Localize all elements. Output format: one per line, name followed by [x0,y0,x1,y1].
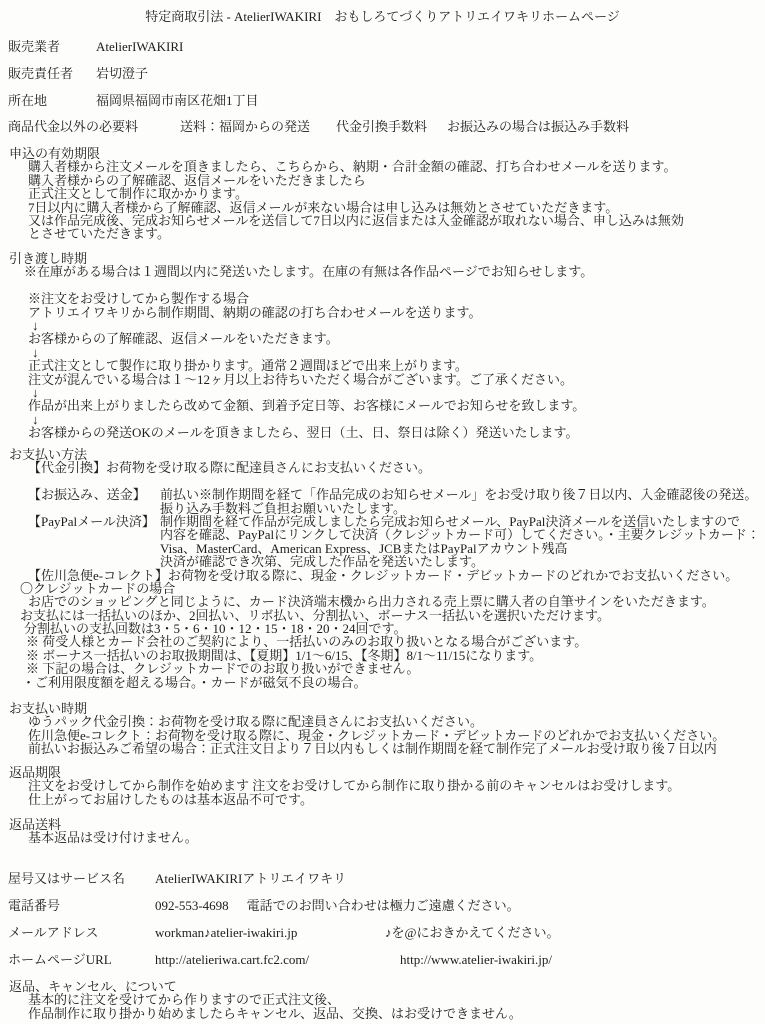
homepage-url: http://atelieriwa.cart.fc2.com/ [155,953,400,967]
paypal-label: 【PayPalメール決済】 [28,515,160,528]
bank-transfer-label: 【お振込み、送金】 [28,488,160,501]
homepage-url-secondary: http://www.atelier-iwakiri.jp/ [400,953,552,967]
contact-row: メールアドレス workman♪atelier-iwakiri.jp ♪を@にお… [0,926,765,940]
address-label: 所在地 [0,94,96,108]
text-line: 作品が出来上がりましたら改めて金額、到着予定日等、お客様にメールでお知らせを致し… [0,399,765,412]
section-return-shipping: 返品送料 基本返品は受け付けません。 [0,818,765,845]
section-cancel-policy: 返品、キャンセル、について 基本的に注文を受けてから作りますので正式注文後、 作… [0,980,765,1020]
email-note: ♪を@におきかえてください。 [385,926,559,940]
text-line: ※ 荷受人様とカード会社のご契約により、一括払いのみのお取り扱いとなる場合がござ… [0,635,765,648]
payment-bank-transfer-row: 【お振込み、送金】 前払い※制作期間を経て「作品完成のお知らせメール」をお受け取… [0,488,765,515]
contact-row: 屋号又はサービス名 AtelierIWAKIRIアトリエイワキリ [0,872,765,886]
text-line: 又は作品完成後、完成お知らせメールを送信して7日以内に返信または入金確認が取れな… [0,214,765,227]
manager-label: 販売責任者 [0,67,96,81]
tokushoho-page: 特定商取引法 - AtelierIWAKIRI おもしろてづくりアトリエイワキリ… [0,0,765,1024]
extra-fees-label: 商品代金以外の必要料 [0,120,138,134]
text-line: 振り込み手数料ご負担お願いいたします。 [160,502,757,515]
seller-row: 販売責任者 岩切澄子 [0,67,765,81]
text-line: 前払いお振込みご希望の場合：正式注文日より７日以内もしくは制作期間を経て制作完了… [0,742,765,755]
text-line: ・ご利用限度額を超える場合。・カードが磁気不良の場合。 [0,676,765,689]
text-line: 仕上がってお届けしたものは基本返品不可です。 [0,793,765,806]
section-heading: お支払い方法 [0,448,765,461]
text-line: Visa、MasterCard、American Express、JCBまたはP… [160,542,760,555]
text-line: 正式注文として制作に取かかります。 [0,187,765,200]
phone-number: 092-553-4698 [155,899,229,913]
down-arrow-icon: ↓ [0,319,765,332]
text-line: 基本的に注文を受けてから作りますので正式注文後、 [0,993,765,1006]
extra-fees-row: 商品代金以外の必要料 送料：福岡からの発送 代金引換手数料 お振込みの場合は振込… [0,120,765,134]
blank-line [0,279,765,292]
text-line: 正式注文として製作に取り掛かります。通常２週間ほどで出来上がります。 [0,359,765,372]
bank-transfer-detail: 前払い※制作期間を経て「作品完成のお知らせメール」をお受け取り後７日以内、入金確… [160,488,757,515]
section-heading: 返品送料 [0,818,765,831]
seller-label: 販売業者 [0,40,96,54]
seller-row: 販売業者 AtelierIWAKIRI [0,40,765,54]
paypal-detail: 制作期間を経て作品が完成しましたら完成お知らせメール、PayPal決済メールを送… [160,515,760,569]
text-line: 注文をお受けしてから制作を始めます 注文をお受けしてから制作に取り掛かる前のキャ… [0,779,765,792]
section-application-validity: 申込の有効期限 購入者様から注文メールを頂きましたら、こちらから、納期・合計金額… [0,147,765,241]
text-line: ゆうパック代金引換：お荷物を受け取る際に配達員さんにお支払いください。 [0,715,765,728]
text-line: ※ 下記の場合は、クレジットカードでのお取り扱いができません。 [0,662,765,675]
text-line: 注文が混んでいる場合は１～12ヶ月以上お待ちいただく場合がございます。ご了承くだ… [0,373,765,386]
text-line: 内容を確認、PayPalにリンクして決済（クレジットカード可）してください。・主… [160,528,760,541]
address-value: 福岡県福岡市南区花畑1丁目 [96,94,259,108]
text-line: 決済が確認でき次第、完成した作品を発送いたします。 [160,555,760,568]
section-heading: 引き渡し時期 [0,252,765,265]
down-arrow-icon: ↓ [0,386,765,399]
text-line: とさせていただきます。 [0,227,765,240]
email-address: workman♪atelier-iwakiri.jp [155,926,385,940]
section-delivery-time: 引き渡し時期 ※在庫がある場合は１週間以内に発送いたします。在庫の有無は各作品ペ… [0,252,765,439]
text-line: アトリエイワキリから制作期間、納期の確認の打ち合わせメールを送ります。 [0,306,765,319]
text-line: ※ ボーナス一括払いのお取扱期間は、【夏期】1/1～6/15、【冬期】8/1～1… [0,649,765,662]
text-line: 作品制作に取り掛かり始めましたらキャンセル、返品、交換、はお受けできません。 [0,1007,765,1020]
section-heading: 返品期限 [0,766,765,779]
blank-line [0,475,765,488]
service-name-value: AtelierIWAKIRIアトリエイワキリ [155,872,346,886]
down-arrow-icon: ↓ [0,346,765,359]
text-line: お支払には一括払いのほか、2回払い、リボ払い、分割払い、ボーナス一括払いを選択い… [0,609,765,622]
fee-item-transfer: お振込みの場合は振込み手数料 [447,120,629,134]
text-line: 前払い※制作期間を経て「作品完成のお知らせメール」をお受け取り後７日以内、入金確… [160,488,757,501]
phone-label: 電話番号 [0,899,155,913]
payment-paypal-row: 【PayPalメール決済】 制作期間を経て作品が完成しましたら完成お知らせメール… [0,515,765,569]
page-title: 特定商取引法 - AtelierIWAKIRI おもしろてづくりアトリエイワキリ… [0,6,765,25]
seller-value: AtelierIWAKIRI [96,40,183,54]
text-line: 購入者様からの了解確認、返信メールをいただきましたら [0,174,765,187]
email-label: メールアドレス [0,926,155,940]
text-line: お客様からの了解確認、返信メールをいただきます。 [0,332,765,345]
text-line: 制作期間を経て作品が完成しましたら完成お知らせメール、PayPal決済メールを送… [160,515,760,528]
seller-info: 販売業者 AtelierIWAKIRI 販売責任者 岩切澄子 所在地 福岡県福岡… [0,40,765,121]
section-return-period: 返品期限 注文をお受けしてから制作を始めます 注文をお受けしてから制作に取り掛か… [0,766,765,806]
text-line: 佐川急便e-コレクト：お荷物を受け取る際に、現金・クレジットカード・デビットカー… [0,729,765,742]
text-line: 購入者様から注文メールを頂きましたら、こちらから、納期・合計金額の確認、打ち合わ… [0,160,765,173]
section-payment-method: お支払い方法 【代金引換】お荷物を受け取る際に配達員さんにお支払いください。 【… [0,448,765,689]
text-line: 基本返品は受け付けません。 [0,831,765,844]
contact-row: ホームページURL http://atelieriwa.cart.fc2.com… [0,953,765,967]
down-arrow-icon: ↓ [0,413,765,426]
section-heading: 申込の有効期限 [0,147,765,160]
service-name-label: 屋号又はサービス名 [0,872,155,886]
payment-cod-line: 【代金引換】お荷物を受け取る際に配達員さんにお支払いください。 [0,461,765,474]
text-line: お店でのショッピングと同じように、カード決済端末機から出力される売上票に購入者の… [0,595,765,608]
section-payment-timing: お支払い時期 ゆうパック代金引換：お荷物を受け取る際に配達員さんにお支払いくださ… [0,702,765,756]
fee-item-shipping: 送料：福岡からの発送 [180,120,310,134]
fee-item-cod: 代金引換手数料 [336,120,427,134]
text-line: お客様からの発送OKのメールを頂きましたら、翌日（土、日、祭日は除く）発送いたし… [0,426,765,439]
contact-row: 電話番号 092-553-4698 電話でのお問い合わせは極力ご遠慮ください。 [0,899,765,913]
contact-info: 屋号又はサービス名 AtelierIWAKIRIアトリエイワキリ 電話番号 09… [0,872,765,980]
phone-note: 電話でのお問い合わせは極力ご遠慮ください。 [247,899,520,913]
section-heading: お支払い時期 [0,702,765,715]
text-line: ※注文をお受けしてから製作する場合 [0,292,765,305]
seller-row: 所在地 福岡県福岡市南区花畑1丁目 [0,94,765,108]
text-line: ※在庫がある場合は１週間以内に発送いたします。在庫の有無は各作品ページでお知らせ… [0,265,765,278]
credit-card-heading: 〇クレジットカードの場合 [0,582,765,595]
payment-sagawa-line: 【佐川急便e-コレクト】お荷物を受け取る際に、現金・クレジットカード・デビットカ… [0,569,765,582]
manager-value: 岩切澄子 [96,67,148,81]
text-line: 7日以内に購入者様から了解確認、返信メールが来ない場合は申し込みは無効とさせてい… [0,201,765,214]
text-line: 分割払いの支払回数は3・5・6・10・12・15・18・20・24回です。 [0,622,765,635]
homepage-label: ホームページURL [0,953,155,967]
section-heading: 返品、キャンセル、について [0,980,765,993]
